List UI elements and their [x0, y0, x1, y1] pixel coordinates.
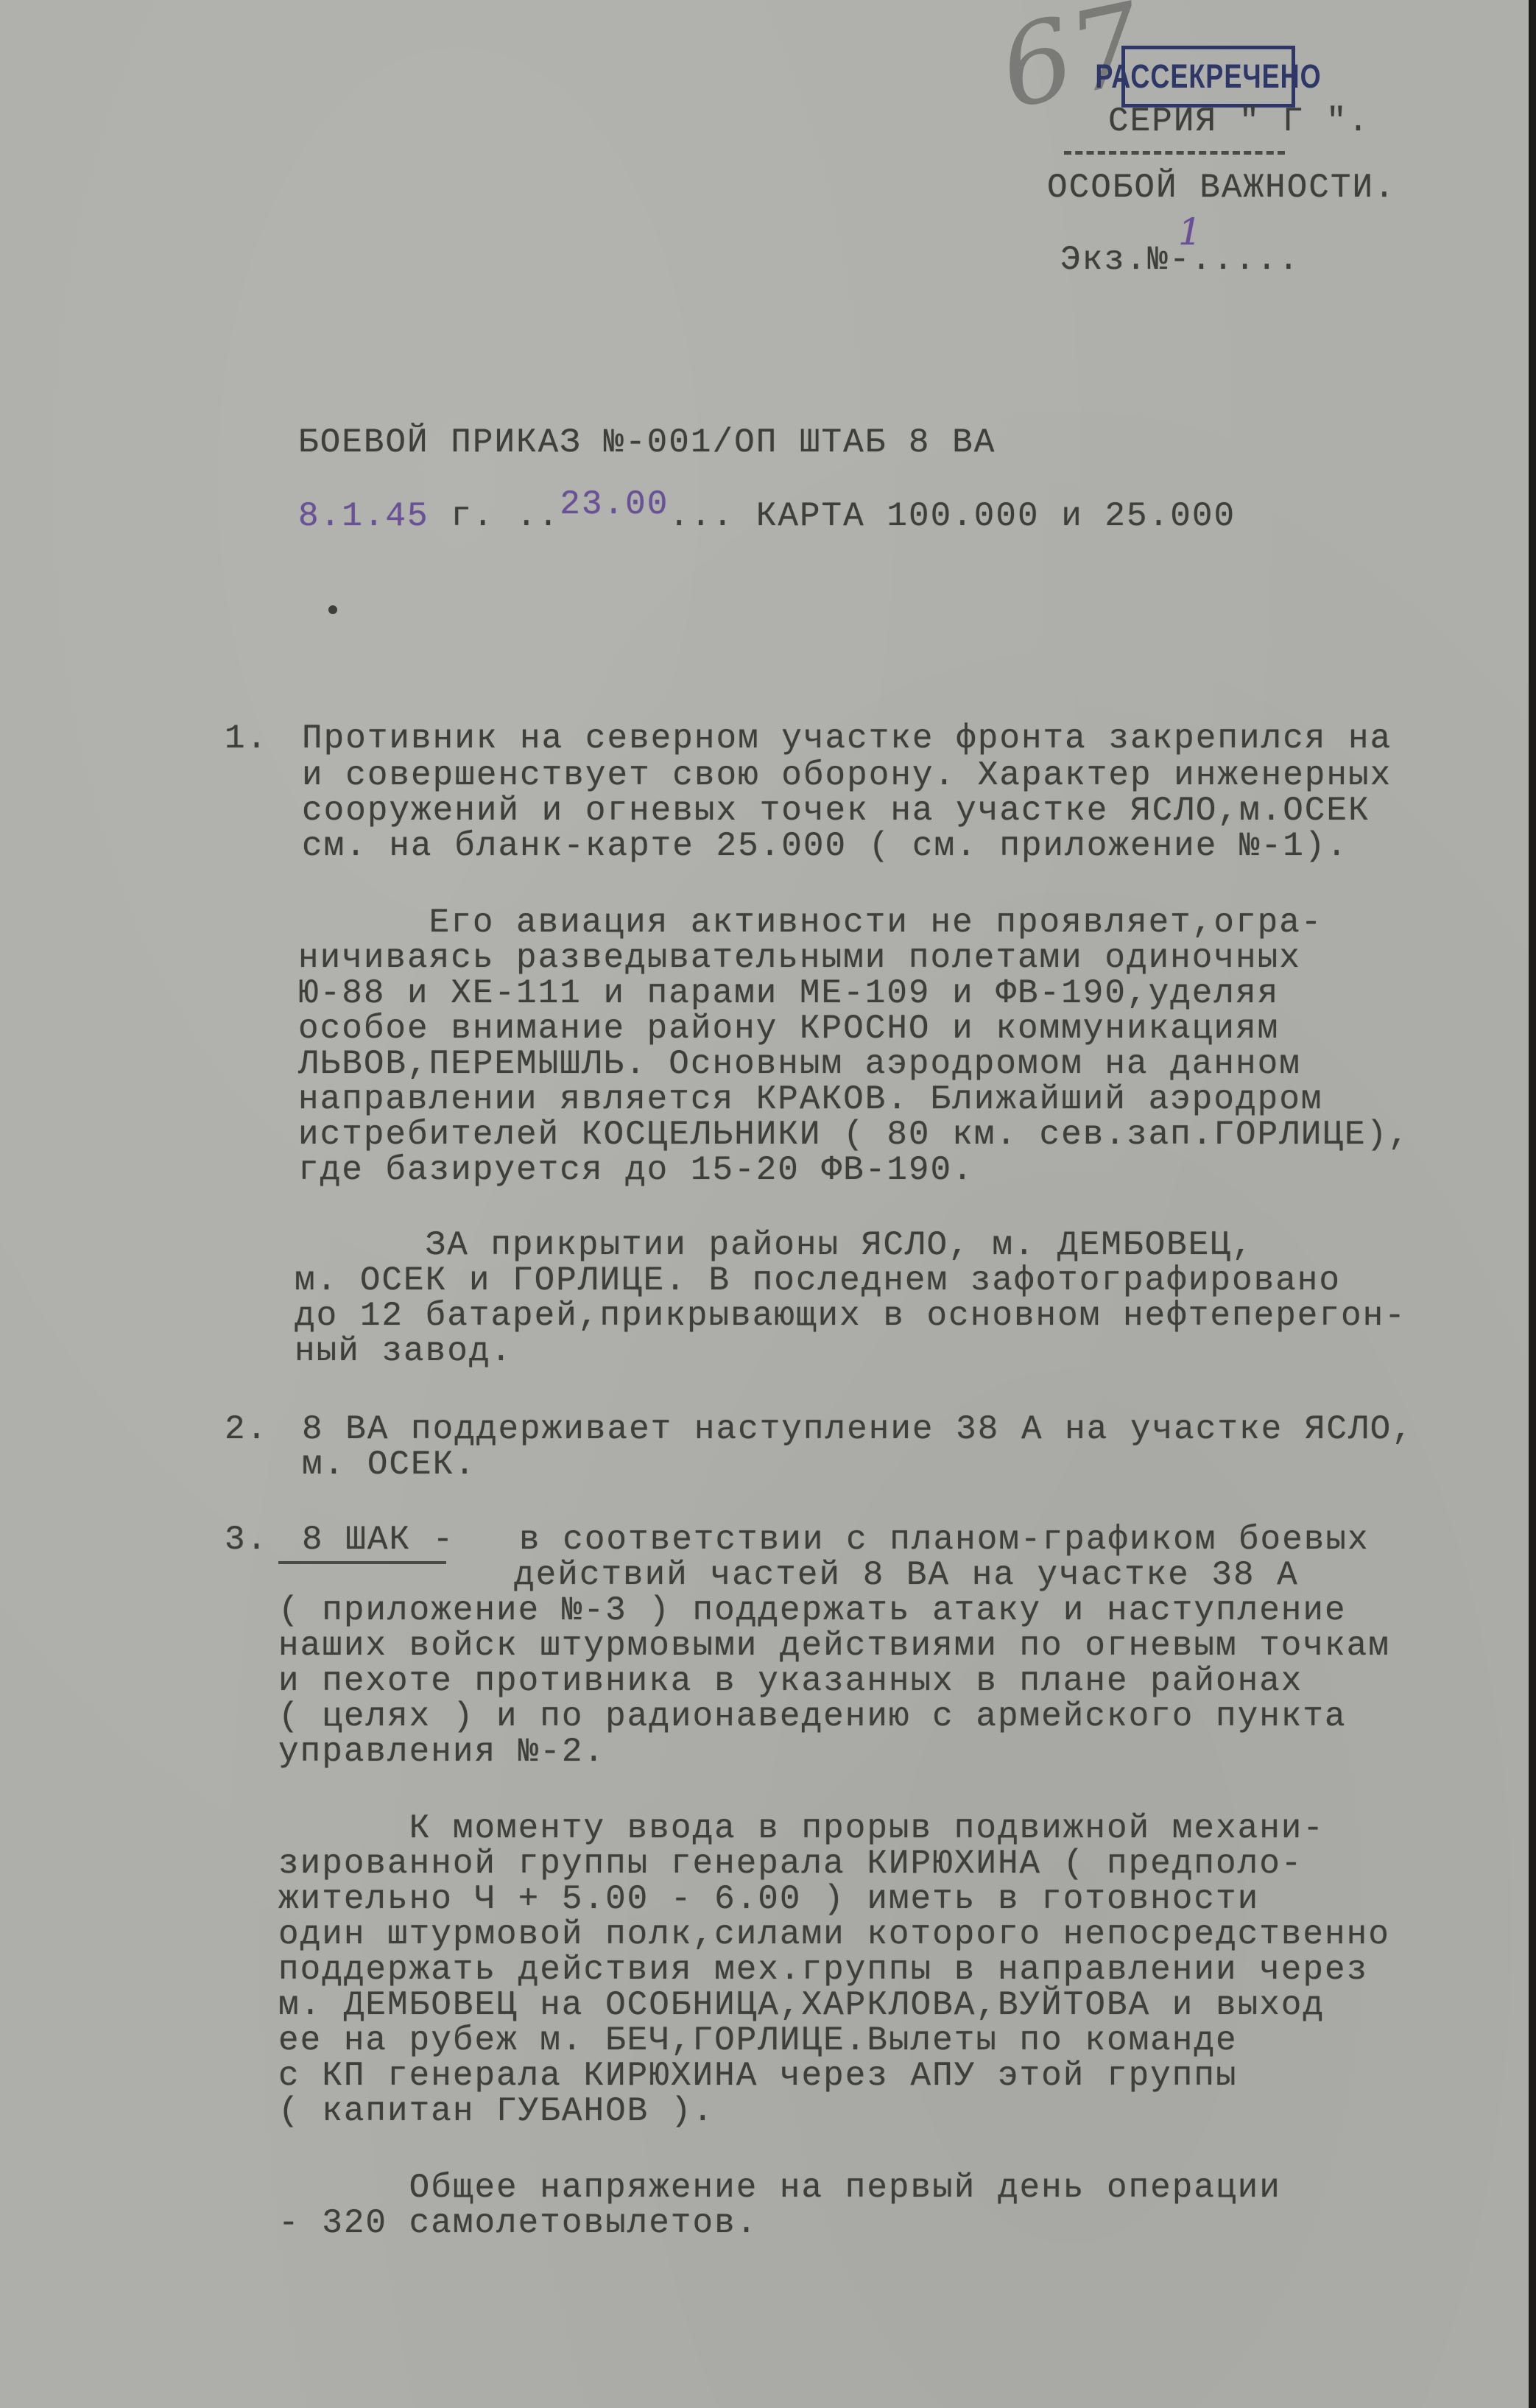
section-2-line: м. ОСЕК.	[302, 1448, 476, 1482]
order-time: 23.00	[560, 485, 669, 524]
section-3-sorties-line: - 320 самолетовылетов.	[278, 2206, 758, 2240]
copy-number-handwritten: 1	[1178, 214, 1203, 250]
section-3-mobile-group-line: один штурмовой полк,силами которого непо…	[278, 1918, 1390, 1951]
stamp-text: РАССЕКРЕЧЕНО	[1095, 57, 1321, 96]
unit-name: 8 ШАК	[302, 1521, 411, 1559]
section-1-line: сооружений и огневых точек на участке ЯС…	[302, 794, 1370, 828]
section-1-aviation-line: Его авиация активности не проявляет,огра…	[298, 906, 1322, 940]
section-1-number: 1.	[225, 722, 268, 756]
section-3-number: 3.	[225, 1523, 268, 1557]
map-scale: КАРТА 100.000 и 25.000	[734, 497, 1236, 535]
section-3-line: наших войск штурмовыми действиями по огн…	[278, 1629, 1390, 1663]
section-1-line: см. на бланк-карте 25.000 ( см. приложен…	[302, 829, 1348, 863]
section-3-mobile-group-line: ( капитан ГУБАНОВ ).	[278, 2094, 714, 2128]
section-1-aviation-line: ничиваясь разведывательными полетами оди…	[298, 941, 1301, 975]
section-3-line: ( целях ) и по радионаведению с армейско…	[278, 1700, 1347, 1733]
section-1-aviation-line: особое внимание району КРОСНО и коммуник…	[298, 1012, 1279, 1046]
section-1-aviation-line: где базируется до 15-20 ФВ-190.	[298, 1153, 974, 1187]
section-1-aa-line: ный завод.	[295, 1334, 512, 1368]
order-dateline: 8.1.45 г. ..23.00... КАРТА 100.000 и 25.…	[298, 499, 1236, 533]
section-1-aa-line: ЗА прикрытии районы ЯСЛО, м. ДЕМБОВЕЦ,	[295, 1228, 1254, 1262]
stray-mark	[328, 605, 337, 614]
section-1-aviation-line: Ю-88 и ХЕ-111 и парами МЕ-109 и ФВ-190,у…	[298, 976, 1279, 1010]
section-3-mobile-group-line: с КП генерала КИРЮХИНА через АПУ этой гр…	[278, 2059, 1238, 2093]
header-divider	[1064, 151, 1285, 155]
section-1-aa-line: до 12 батарей,прикрывающих в основном не…	[295, 1299, 1406, 1333]
section-1-line: Противник на северном участке фронта зак…	[302, 722, 1392, 756]
section-1-aviation-line: направлении является КРАКОВ. Ближайший а…	[298, 1082, 1322, 1116]
section-3-mobile-group-line: К моменту ввода в прорыв подвижной механ…	[278, 1812, 1325, 1845]
section-1-line: и совершенствует свою оборону. Характер …	[302, 758, 1392, 792]
section-2-line: 8 ВА поддерживает наступление 38 А на уч…	[302, 1412, 1414, 1446]
section-3-unit: 8 ШАК -	[302, 1523, 454, 1557]
section-3-sorties-line: Общее напряжение на первый день операции	[278, 2171, 1281, 2205]
section-1-aviation-line: ЛЬВОВ,ПЕРЕМЫШЛЬ. Основным аэродромом на …	[298, 1047, 1301, 1081]
section-3-mobile-group-line: зированной группы генерала КИРЮХИНА ( пр…	[278, 1847, 1303, 1881]
section-3-mobile-group-line: ее на рубеж м. БЕЧ,ГОРЛИЦЕ.Вылеты по ком…	[278, 2024, 1238, 2057]
series-label: СЕРИЯ " Г ".	[1108, 105, 1370, 138]
section-1-aa-line: м. ОСЕК и ГОРЛИЦЕ. В последнем зафотогра…	[295, 1264, 1341, 1298]
section-3-line: ( приложение №-3 ) поддержать атаку и на…	[278, 1594, 1347, 1627]
section-2-number: 2.	[225, 1412, 268, 1446]
section-3-line: в соответствии с планом-графиком боевых	[519, 1523, 1370, 1557]
importance-label: ОСОБОЙ ВАЖНОСТИ.	[1047, 171, 1396, 205]
section-3-line: и пехоте противника в указанных в плане …	[278, 1664, 1303, 1698]
section-3-mobile-group-line: жительно Ч + 5.00 - 6.00 ) иметь в готов…	[278, 1882, 1259, 1916]
section-3-mobile-group-line: м. ДЕМБОВЕЦ на ОСОБНИЦА,ХАРКЛОВА,ВУЙТОВА…	[278, 1988, 1325, 2022]
section-3-line: управления №-2.	[278, 1735, 605, 1769]
order-title: БОЕВОЙ ПРИКАЗ №-001/ОП ШТАБ 8 ВА	[298, 426, 996, 460]
section-3-mobile-group-line: поддержать действия мех.группы в направл…	[278, 1953, 1368, 1987]
section-3-line: действий частей 8 ВА на участке 38 А	[405, 1558, 1299, 1592]
declassified-stamp: РАССЕКРЕЧЕНО	[1121, 46, 1295, 108]
scan-edge	[1529, 0, 1536, 2408]
section-1-aviation-line: истребителей КОСЦЕЛЬНИКИ ( 80 км. сев.за…	[298, 1118, 1410, 1152]
order-date: 8.1.45	[298, 497, 429, 535]
